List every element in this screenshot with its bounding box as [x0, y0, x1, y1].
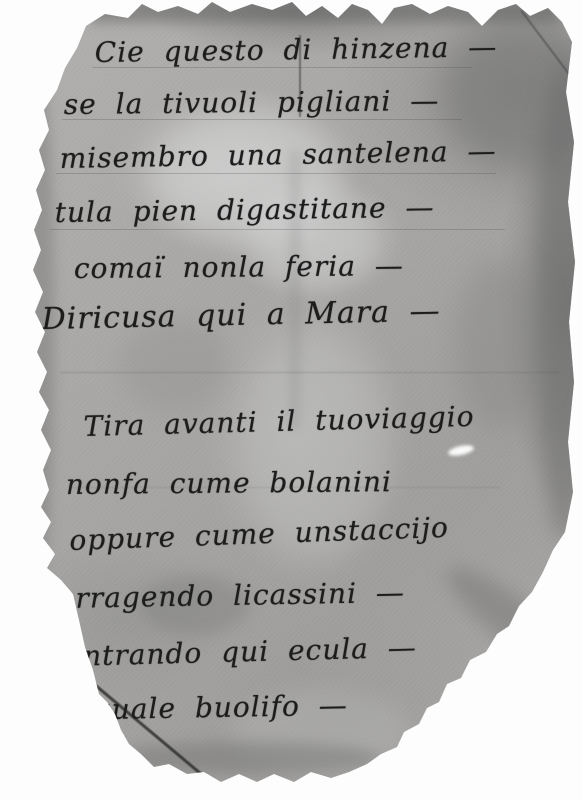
scan-background: Cie questo di hinzena — se la tivuoli pi…: [0, 0, 582, 800]
paper-sheet: Cie questo di hinzena — se la tivuoli pi…: [0, 0, 582, 800]
handwritten-line: Cie questo di hinzena —: [95, 30, 498, 69]
handwriting-layer: Cie questo di hinzena — se la tivuoli pi…: [0, 0, 582, 800]
handwritten-line: comaï nonla feria —: [74, 249, 404, 285]
handwritten-line: tula pien digastitane —: [55, 191, 435, 229]
handwritten-line: se la tivuoli pigliani —: [64, 84, 440, 121]
handwritten-line: Tira avanti il tuoviaggio: [83, 400, 475, 443]
handwritten-line: misembro una santelena —: [59, 134, 496, 175]
handwritten-line: nonfa cume bolanini: [66, 465, 392, 501]
handwritten-line: oppure cume unstaccijo: [69, 511, 449, 557]
handwritten-line: arragendo licassini —: [57, 576, 405, 615]
handwritten-line: Diricusa qui a Mara —: [41, 294, 441, 337]
handwritten-line: tuoquale buolifo —: [43, 689, 348, 727]
handwritten-line: entrando qui ecula —: [65, 631, 417, 673]
